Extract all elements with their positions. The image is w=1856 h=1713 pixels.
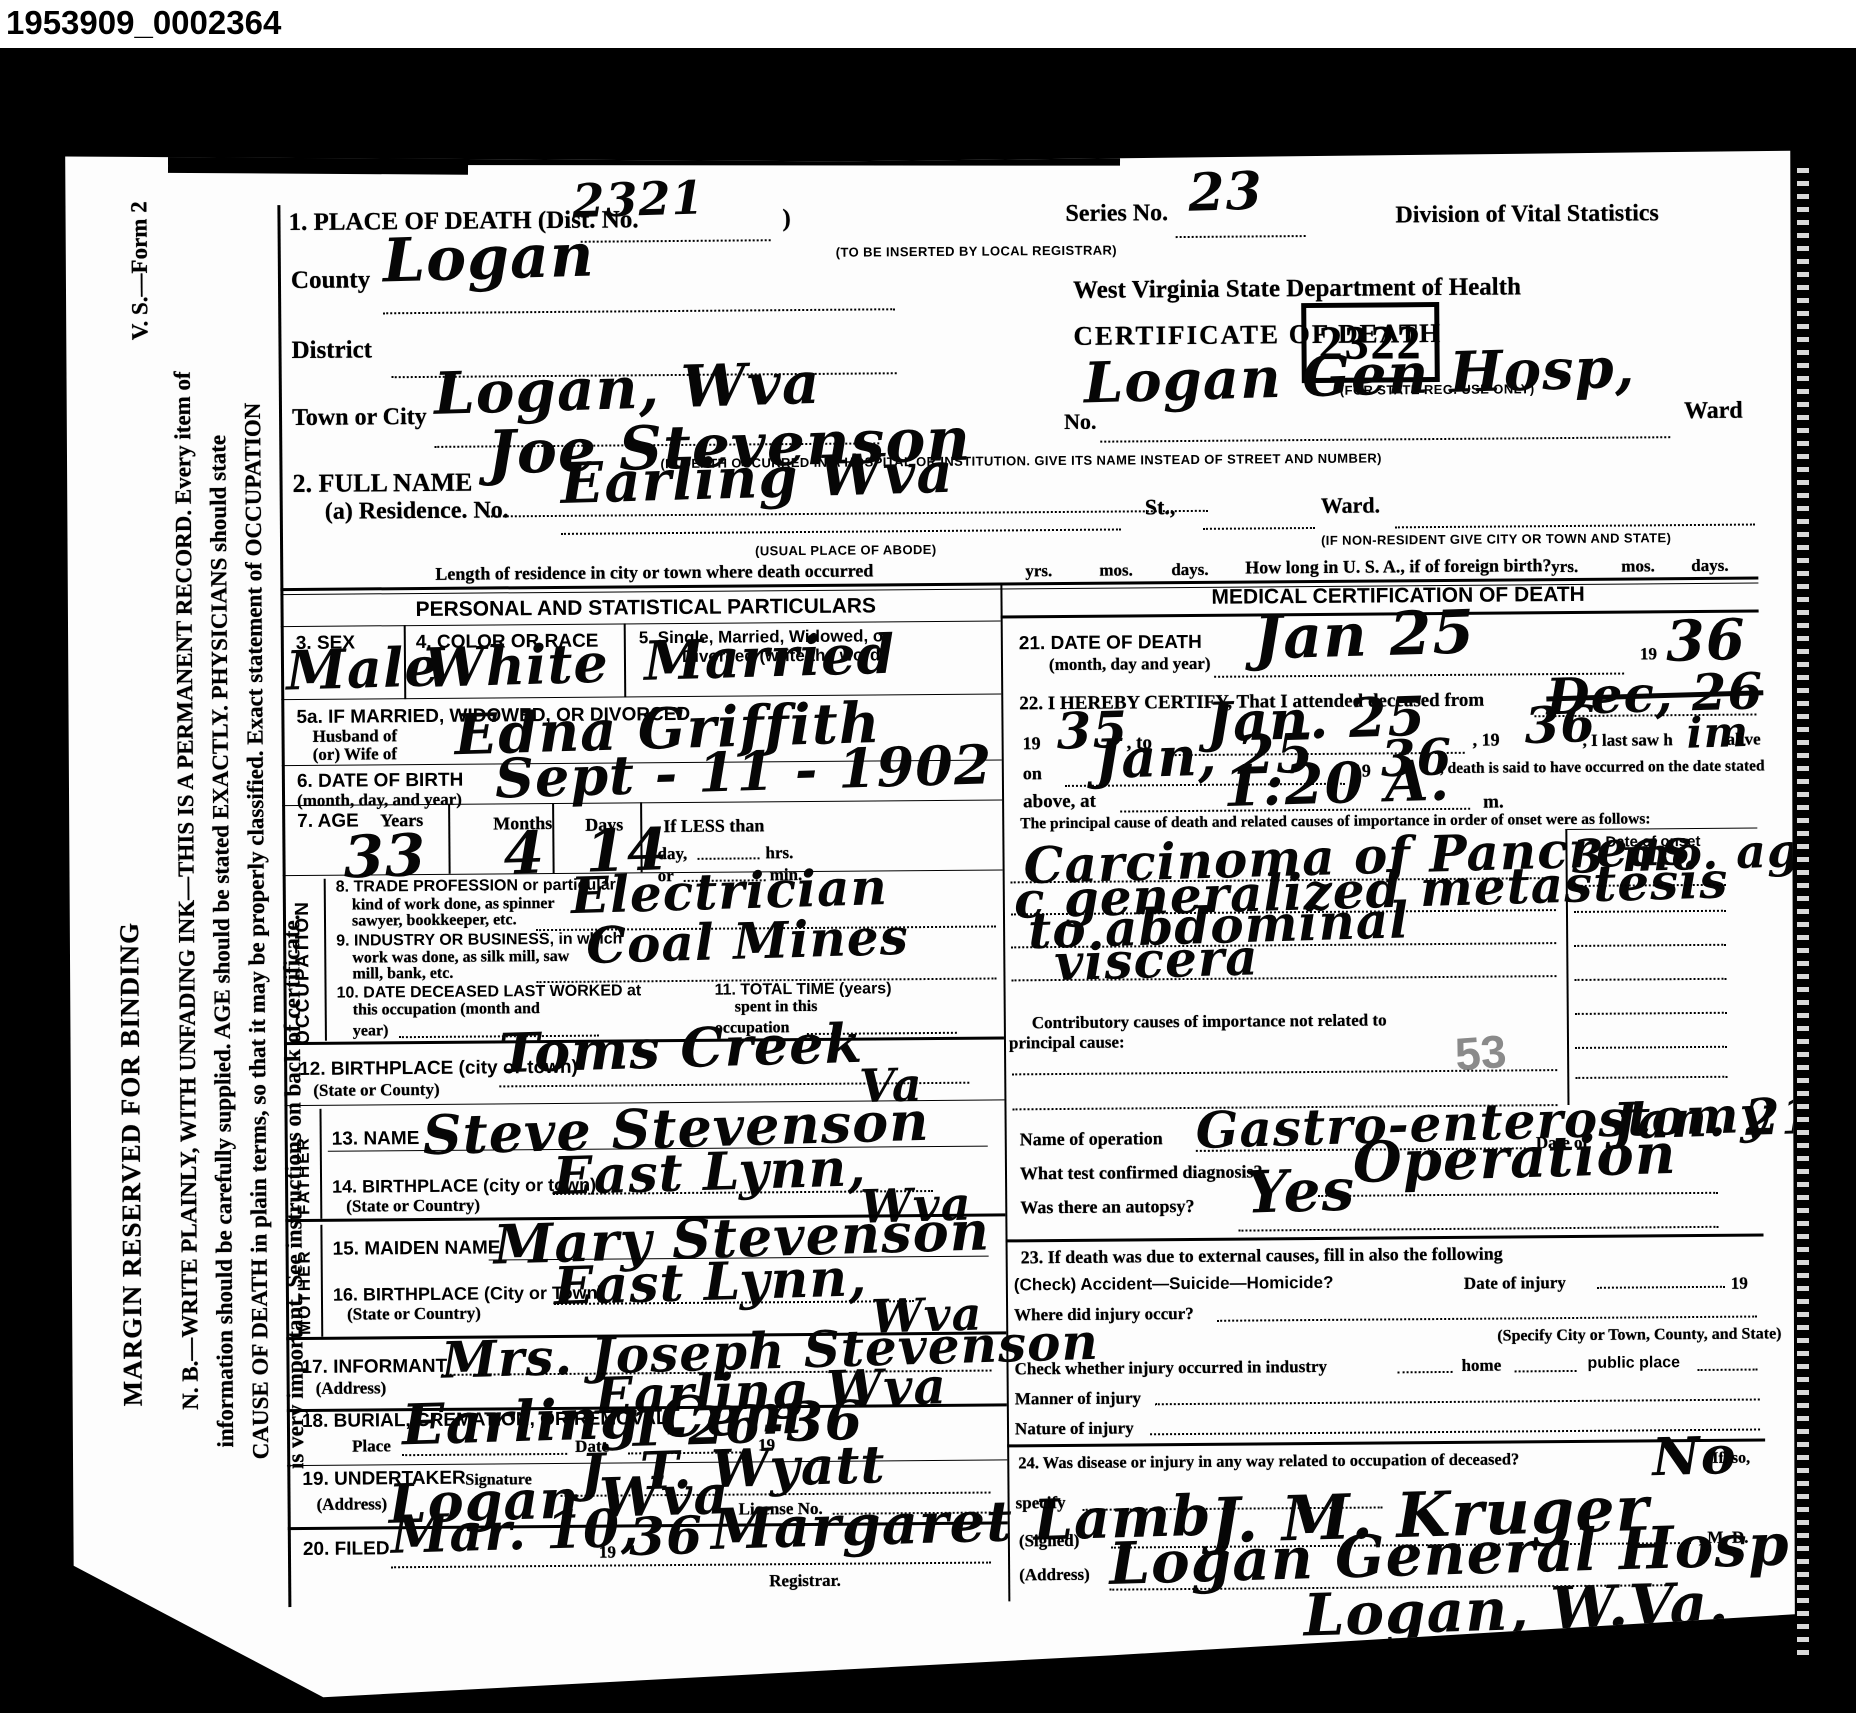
wife-of-label: (or) Wife of [313,744,398,765]
full-name-label: 2. FULL NAME [292,468,472,499]
mother-birthplace-sub: (State or Country) [347,1304,481,1325]
where-injury-line [1217,1316,1757,1322]
related-occupation-label: 24. Was disease or injury in any way rel… [1018,1449,1519,1473]
mos2-label: mos. [1621,556,1655,576]
dob-sub-label: (month, day, and year) [297,790,462,811]
district-number-line [581,239,771,242]
birthplace-sub-label: (State or County) [313,1080,439,1101]
dob-value: Sept - 11 - 1902 [494,732,993,810]
certificate-paper: V. S.—Form 2 MARGIN RESERVED FOR BINDING… [60,135,1804,1701]
contributory-label-2: principal cause: [1009,1032,1125,1053]
physician-address-value-2: Logan, W.Va. [1303,1569,1731,1649]
last-worked-label-2: this occupation (month and [353,1000,540,1019]
home-label: home [1461,1356,1501,1376]
abode-note: (USUAL PLACE OF ABODE) [755,542,937,558]
nonresident-note: (IF NON-RESIDENT GIVE CITY OR TOWN AND S… [1321,530,1671,548]
margin-form-no: V. S.—Form 2 [126,201,153,340]
series-no-label: Series No. [1065,200,1168,228]
m-label: m. [1483,792,1504,814]
father-bracket-line [319,1109,322,1219]
contributory-label-1: Contributory causes of importance not re… [1032,1010,1387,1033]
onset-rule-6 [1575,1046,1727,1049]
county-line [383,308,895,314]
manner-injury-line [1155,1399,1760,1406]
if-so-label: If, so, [1712,1450,1750,1468]
town-label: Town or City [292,404,427,432]
filed-19-label: 19 [599,1543,616,1563]
autopsy-line [1238,1226,1718,1232]
l2-19b-label: , 19 [1473,730,1500,751]
father-birthplace-value: East Lynn, [552,1137,867,1207]
scan-id: 1953909_0002364 [6,4,281,42]
ward2-label: Ward. [1321,492,1380,518]
trade-label-3: sawyer, bookkeeper, etc. [352,911,517,930]
district-label: District [291,336,372,365]
above-at-label: above, at [1023,791,1096,814]
filed-year-value: 36 [628,1505,704,1568]
residence-value: Earling Wva [560,440,955,517]
if-less-label: If LESS than [663,815,764,837]
onset-rule-5 [1575,1012,1727,1015]
specify-label: specify [1016,1493,1066,1513]
injury-industry-label: Check whether injury occurred in industr… [1014,1357,1327,1379]
industry-line [1398,1371,1453,1373]
informant-address-label: (Address) [316,1378,387,1399]
alive-label: alive [1727,729,1761,749]
days1-label: days. [1171,560,1208,580]
injury-date-line [1597,1286,1725,1289]
sex-value: Male [285,634,440,702]
residence-label: (a) Residence. No. [325,497,509,525]
industry-value: Coal Mines [585,907,909,975]
personal-title: PERSONAL AND STATISTICAL PARTICULARS [415,594,876,622]
birthplace-value: Toms Creek [498,1011,864,1085]
county-value: Logan [382,220,596,296]
on-label: on [1023,763,1042,784]
mos1-label: mos. [1099,560,1133,580]
contributory-stamp: 53 [1453,1024,1508,1082]
occupation-side-label: OCCUPATION [292,900,315,1045]
father-birthplace-sub: (State or Country) [346,1196,480,1217]
center-divider [1000,584,1010,1601]
informant-label: 17. INFORMANT [301,1356,447,1379]
date-stated-label: , death is said to have occurred on the … [1440,757,1765,778]
torn-edge-blob [168,150,468,175]
day-label: day, [657,844,687,864]
dod-19-label: 19 [1640,644,1657,664]
age-div2 [552,803,555,873]
public-place-label: public place [1587,1354,1680,1373]
mother-bracket-line [320,1225,323,1337]
father-side-label: FATHER [294,1136,315,1215]
signed-label: (Signed) [1019,1531,1080,1551]
st-line [1203,527,1315,530]
external-causes-label: 23. If death was due to external causes,… [1021,1244,1503,1269]
onset-rule-3 [1574,944,1726,947]
series-no-line [1176,235,1306,238]
manner-injury-label: Manner of injury [1015,1388,1141,1409]
margin-cause-line: CAUSE OF DEATH in plain terms, so that i… [240,403,274,1460]
race-marital-divider [624,623,627,697]
series-no-value: 23 [1187,161,1263,224]
division-label: Division of Vital Statistics [1395,200,1659,229]
physician-address-label: (Address) [1019,1565,1090,1586]
test-label: What test confirmed diagnosis? [1020,1161,1263,1184]
margin-binding: MARGIN RESERVED FOR BINDING [114,922,149,1407]
inserted-note: (TO BE INSERTED BY LOCAL REGISTRAR) [836,243,1117,260]
registrar-label: Registrar. [769,1571,841,1592]
mother-side-label: MOTHER [295,1249,316,1335]
age-div1 [448,804,451,874]
ward-label: Ward [1684,398,1743,425]
onset-rule-4 [1574,978,1726,981]
cause-line4-value: viscera [1054,927,1260,992]
mother-name-label: 15. MAIDEN NAME [333,1237,501,1260]
mother-birthplace-value: East Lynn, [553,1247,868,1317]
total-time-label-1: 11. TOTAL TIME (years) [714,980,891,999]
department-label: West Virginia State Department of Health [1073,273,1521,305]
scanned-death-certificate: 1953909_0002364 V. S.—Form 2 MARGIN RESE… [0,0,1856,1713]
burial-place-label: Place [352,1436,391,1456]
l2-19-label: 19 [1023,733,1041,754]
operation-label: Name of operation [1020,1128,1163,1150]
yrs2-label: yrs. [1551,557,1578,577]
date-of-death-label: 21. DATE OF DEATH [1019,632,1202,655]
specify-city-note: (Specify City or Town, County, and State… [1497,1325,1781,1345]
race-value: White [423,631,609,700]
date-of-death-value: Jan 25 [1253,597,1476,673]
occupation-bracket-line [324,879,327,1041]
residence-length-label: Length of residence in city or town wher… [435,560,873,584]
autopsy-label: Was there an autopsy? [1020,1196,1194,1218]
filed-label: 20. FILED [303,1538,390,1561]
public-place-line [1698,1369,1758,1371]
test-value: Operation [1352,1121,1677,1196]
margin-info-line: information should be carefully supplied… [205,435,239,1448]
last-worked-label-3: year) [353,1022,389,1040]
margin-nb-line: N. B.—WRITE PLAINLY, WITH UNFADING INK—T… [170,371,204,1410]
where-injury-label: Where did injury occur? [1014,1304,1194,1325]
yrs1-label: yrs. [1025,561,1052,581]
marital-value: Married [643,622,896,693]
autopsy-value: Yes [1245,1156,1356,1227]
scan-header-strip: 1953909_0002364 [0,0,1856,48]
last-saw-label: , I last saw h [1583,730,1673,751]
home-line [1515,1370,1577,1372]
usa-length-label: How long in U. S. A., if of foreign birt… [1245,555,1551,578]
place-close-paren: ) [782,205,791,233]
days2-label: days. [1691,556,1728,576]
hrs-line [698,857,760,859]
county-label: County [291,266,370,295]
accident-check-label: (Check) Accident—Suicide—Homicide? [1014,1273,1334,1296]
nature-injury-label: Nature of injury [1015,1418,1134,1439]
date-of-death-sub: (month, day and year) [1049,654,1211,675]
injury-date-label: Date of injury [1464,1273,1566,1294]
residence-line [561,529,1121,535]
hospital-line [1100,436,1670,442]
st-label: St., [1145,494,1176,520]
autopsy-rule [1006,1233,1764,1242]
undertaker-address-label: (Address) [317,1494,388,1515]
onset-rule-2 [1574,910,1726,913]
injury-19-label: 19 [1731,1274,1748,1294]
ward2-line [1395,524,1755,529]
industry-label-3: mill, bank, etc. [352,965,453,984]
onset-rule-7 [1575,1076,1727,1079]
film-edge [1797,168,1809,1663]
father-name-label: 13. NAME [332,1128,420,1151]
